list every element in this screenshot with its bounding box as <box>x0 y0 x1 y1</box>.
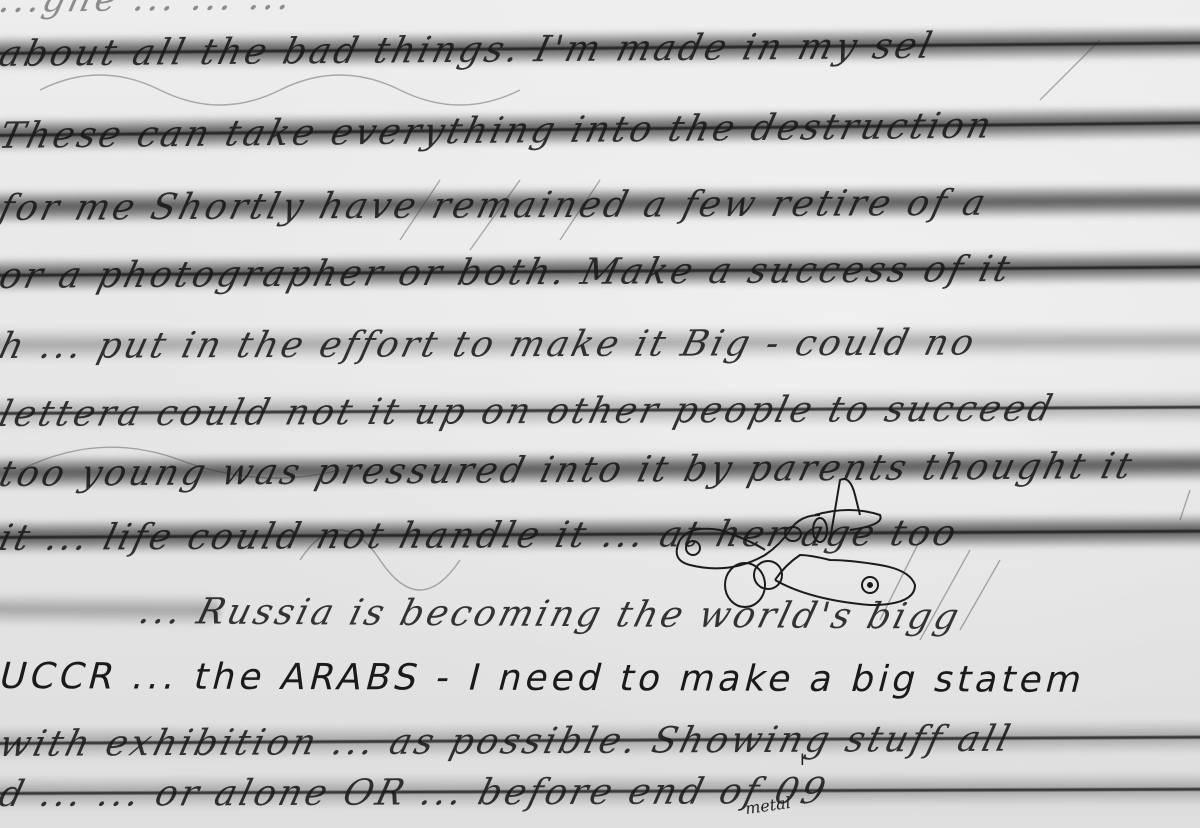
handwritten-line-2: These can take everything into the destr… <box>0 97 1200 162</box>
line-text: too young was pressured into it by paren… <box>0 446 1139 495</box>
insertion-caret: I <box>800 750 805 769</box>
handwritten-line-3: for me Shortly have remained a few retir… <box>0 176 1200 234</box>
handwritten-line-4: or a photographer or both. Make a succes… <box>0 241 1200 302</box>
line-text: ...ghe ... ... ... <box>0 0 298 21</box>
handwritten-line-5: h ... put in the effort to make it Big -… <box>0 316 1200 372</box>
handwritten-line-8: it ... life could not handle it ... at h… <box>0 506 1200 564</box>
handwritten-line-12: d ... ... or alone OR ... before end of … <box>0 764 1200 820</box>
paper-photo: ...ghe ... ... ... about all the bad thi… <box>0 0 1200 828</box>
handwritten-line-9: ... Russia is becoming the world's bigg <box>0 584 1200 645</box>
airplane-doodle-icon <box>650 470 930 620</box>
handwritten-line-1: about all the bad things. I'm made in my… <box>0 17 1200 80</box>
handwritten-line-6: lettera could not it up on other people … <box>0 382 1200 440</box>
line-text: UCCR ... the ARABS - I need to make a bi… <box>0 656 1090 701</box>
line-text: h ... put in the effort to make it Big -… <box>0 323 981 367</box>
line-text: for me Shortly have remained a few retir… <box>0 183 993 229</box>
handwritten-line-10: UCCR ... the ARABS - I need to make a bi… <box>0 650 1200 706</box>
handwritten-line-11: with exhibition ... as possible. Showing… <box>0 712 1200 770</box>
handwritten-line-7: too young was pressured into it by paren… <box>0 439 1200 500</box>
